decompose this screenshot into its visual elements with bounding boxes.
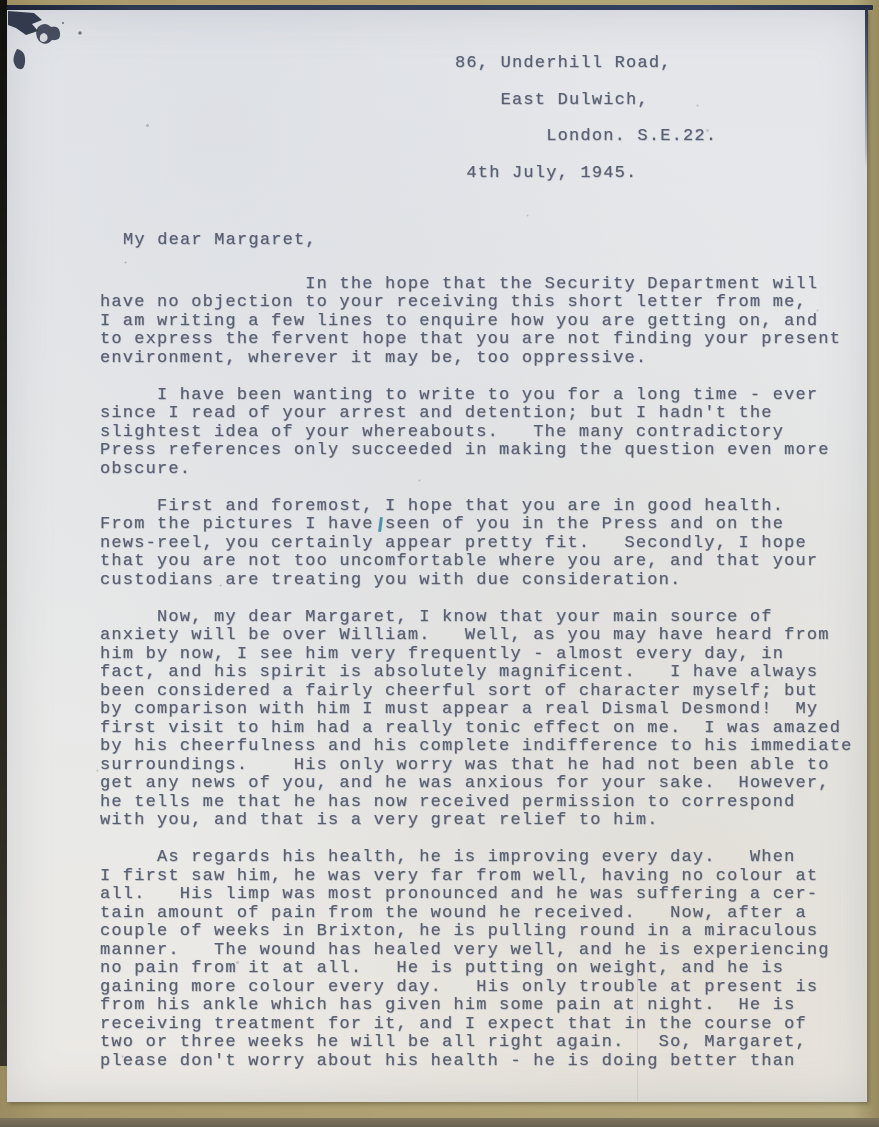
- left-edge-strip: [0, 0, 7, 1066]
- salutation: My dear Margaret,: [123, 232, 853, 251]
- top-edge-line: [4, 5, 873, 10]
- letter-paragraph-1: In the hope that the Security Department…: [100, 276, 853, 369]
- ink-blot-marks: [8, 11, 118, 91]
- letter-body: My dear Margaret, In the hope that the S…: [100, 232, 853, 1090]
- letter-paragraph-4: Now, my dear Margaret, I know that your …: [100, 609, 853, 831]
- scanned-letter-document: 86, Underhill Road, East Dulwich, London…: [0, 0, 879, 1127]
- letter-paragraph-5: As regards his health, he is improving e…: [100, 849, 853, 1071]
- letter-page: 86, Underhill Road, East Dulwich, London…: [7, 10, 867, 1102]
- letter-paragraph-3: First and foremost, I hope that you are …: [100, 498, 853, 591]
- letter-paragraph-2: I have been wanting to write to you for …: [100, 387, 853, 480]
- sender-address-and-date: 86, Underhill Road, East Dulwich, London…: [455, 46, 717, 192]
- bottom-edge-strip: [0, 1118, 879, 1127]
- right-edge-shadow: [865, 8, 868, 168]
